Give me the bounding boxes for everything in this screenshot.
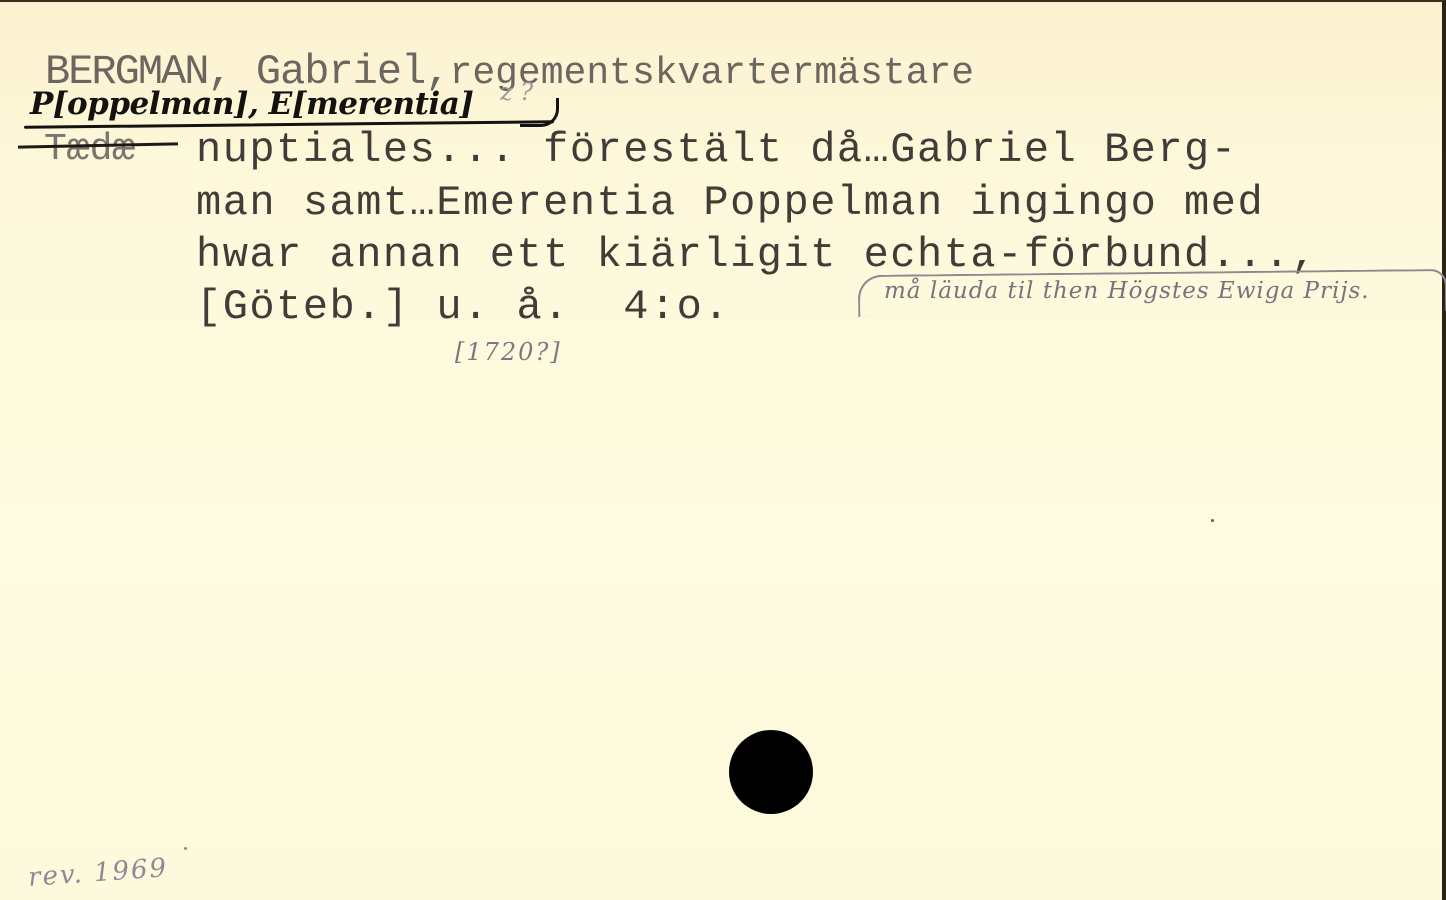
title-line-2: man samt…Emerentia Poppelman ingingo med xyxy=(196,179,1264,227)
imprint-line: [Göteb.] u. å. 4:o. xyxy=(196,283,730,331)
paper-speck xyxy=(184,847,187,850)
struck-title-word: Tædæ xyxy=(44,128,135,171)
card-punch-hole xyxy=(729,730,813,814)
handwritten-name-correction: P[oppelman], E[merentia] xyxy=(30,86,473,122)
title-line-1: nuptiales... förestält då…Gabriel Berg- xyxy=(196,126,1237,174)
catalog-card: BERGMAN, Gabriel,regementskvartermästare… xyxy=(0,0,1446,900)
pencil-date-estimate: [1720?] xyxy=(455,338,562,366)
pencil-revision-note: rev. 1969 xyxy=(27,853,169,893)
paper-speck xyxy=(1211,519,1214,522)
pencil-title-continuation: må läuda til then Högstes Ewiga Prijs. xyxy=(884,278,1370,304)
